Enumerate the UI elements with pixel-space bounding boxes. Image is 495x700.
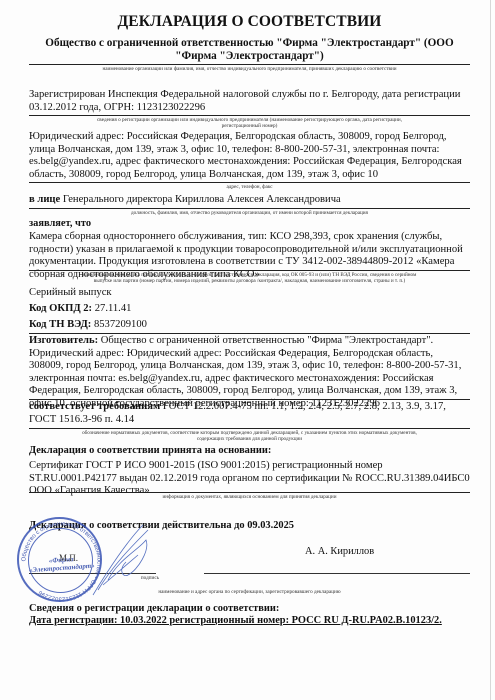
address-caption: адрес, телефон, факс <box>29 184 470 190</box>
okpd-value: 27.11.41 <box>95 303 132 314</box>
signer-line <box>204 573 470 574</box>
divider <box>29 182 470 183</box>
divider <box>29 208 470 209</box>
tnved-code: Код ТН ВЭД: 8537209100 <box>29 319 470 332</box>
page-edge <box>490 0 491 700</box>
compliance-label: соответствует требованиям <box>29 401 160 412</box>
applicant-name: Общество с ограниченной ответственностью… <box>29 37 470 63</box>
registration-heading: Сведения о регистрации декларации о соот… <box>29 603 470 616</box>
registration-line: Дата регистрации: 10.03.2022 регистрацио… <box>29 615 470 628</box>
declares-label: заявляет, что <box>29 218 470 231</box>
okpd-label: Код ОКПД 2: <box>29 303 92 314</box>
declaration-page: ДЕКЛАРАЦИЯ О СООТВЕТСТВИИ Общество с огр… <box>0 0 495 700</box>
signature-icon <box>88 520 158 600</box>
product-caption-2: выпуске или партии (номер партии, номера… <box>29 278 470 284</box>
applicant-name-caption: наименование организации или фамилия, им… <box>29 66 470 72</box>
divider <box>29 428 470 429</box>
represented-by-label: в лице <box>29 194 60 205</box>
validity-date: 09.03.2025 <box>247 520 294 531</box>
compliance-info: соответствует требованиям ГОСТ 12.2.007.… <box>29 401 470 426</box>
basis-heading: Декларация о соответствии принята на осн… <box>29 445 470 458</box>
compliance-caption-2: содержащих требования для данной продукц… <box>29 436 470 442</box>
registration-caption-2: регистрационный номер) <box>29 123 470 129</box>
divider <box>29 492 470 493</box>
serial-production: Серийный выпуск <box>29 287 470 300</box>
okpd-code: Код ОКПД 2: 27.11.41 <box>29 303 470 316</box>
document-title: ДЕКЛАРАЦИЯ О СООТВЕТСТВИИ <box>29 13 470 31</box>
divider <box>29 64 470 65</box>
basis-caption: информация о документах, являющихся осно… <box>29 494 470 500</box>
applicant-registration: Зарегистрирован Инспекция Федеральной на… <box>29 89 470 114</box>
manufacturer-text: Общество с ограниченной ответственностью… <box>29 335 461 409</box>
represented-by: в лице Генерального директора Кириллова … <box>29 194 470 207</box>
represented-caption: должность, фамилия, имя, отчество руково… <box>29 210 470 216</box>
divider <box>29 399 470 400</box>
tnved-label: Код ТН ВЭД: <box>29 319 91 330</box>
divider <box>29 115 470 116</box>
stamp-mp-label: М.П. <box>59 553 78 563</box>
represented-by-value: Генерального директора Кириллова Алексея… <box>63 194 341 205</box>
manufacturer-label: Изготовитель: <box>29 335 98 346</box>
tnved-value: 8537209100 <box>94 319 147 330</box>
divider <box>29 270 470 271</box>
applicant-address: Юридический адрес: Российская Федерация,… <box>29 131 470 181</box>
divider <box>29 333 470 334</box>
signer-name: А. А. Кириллов <box>305 546 455 559</box>
